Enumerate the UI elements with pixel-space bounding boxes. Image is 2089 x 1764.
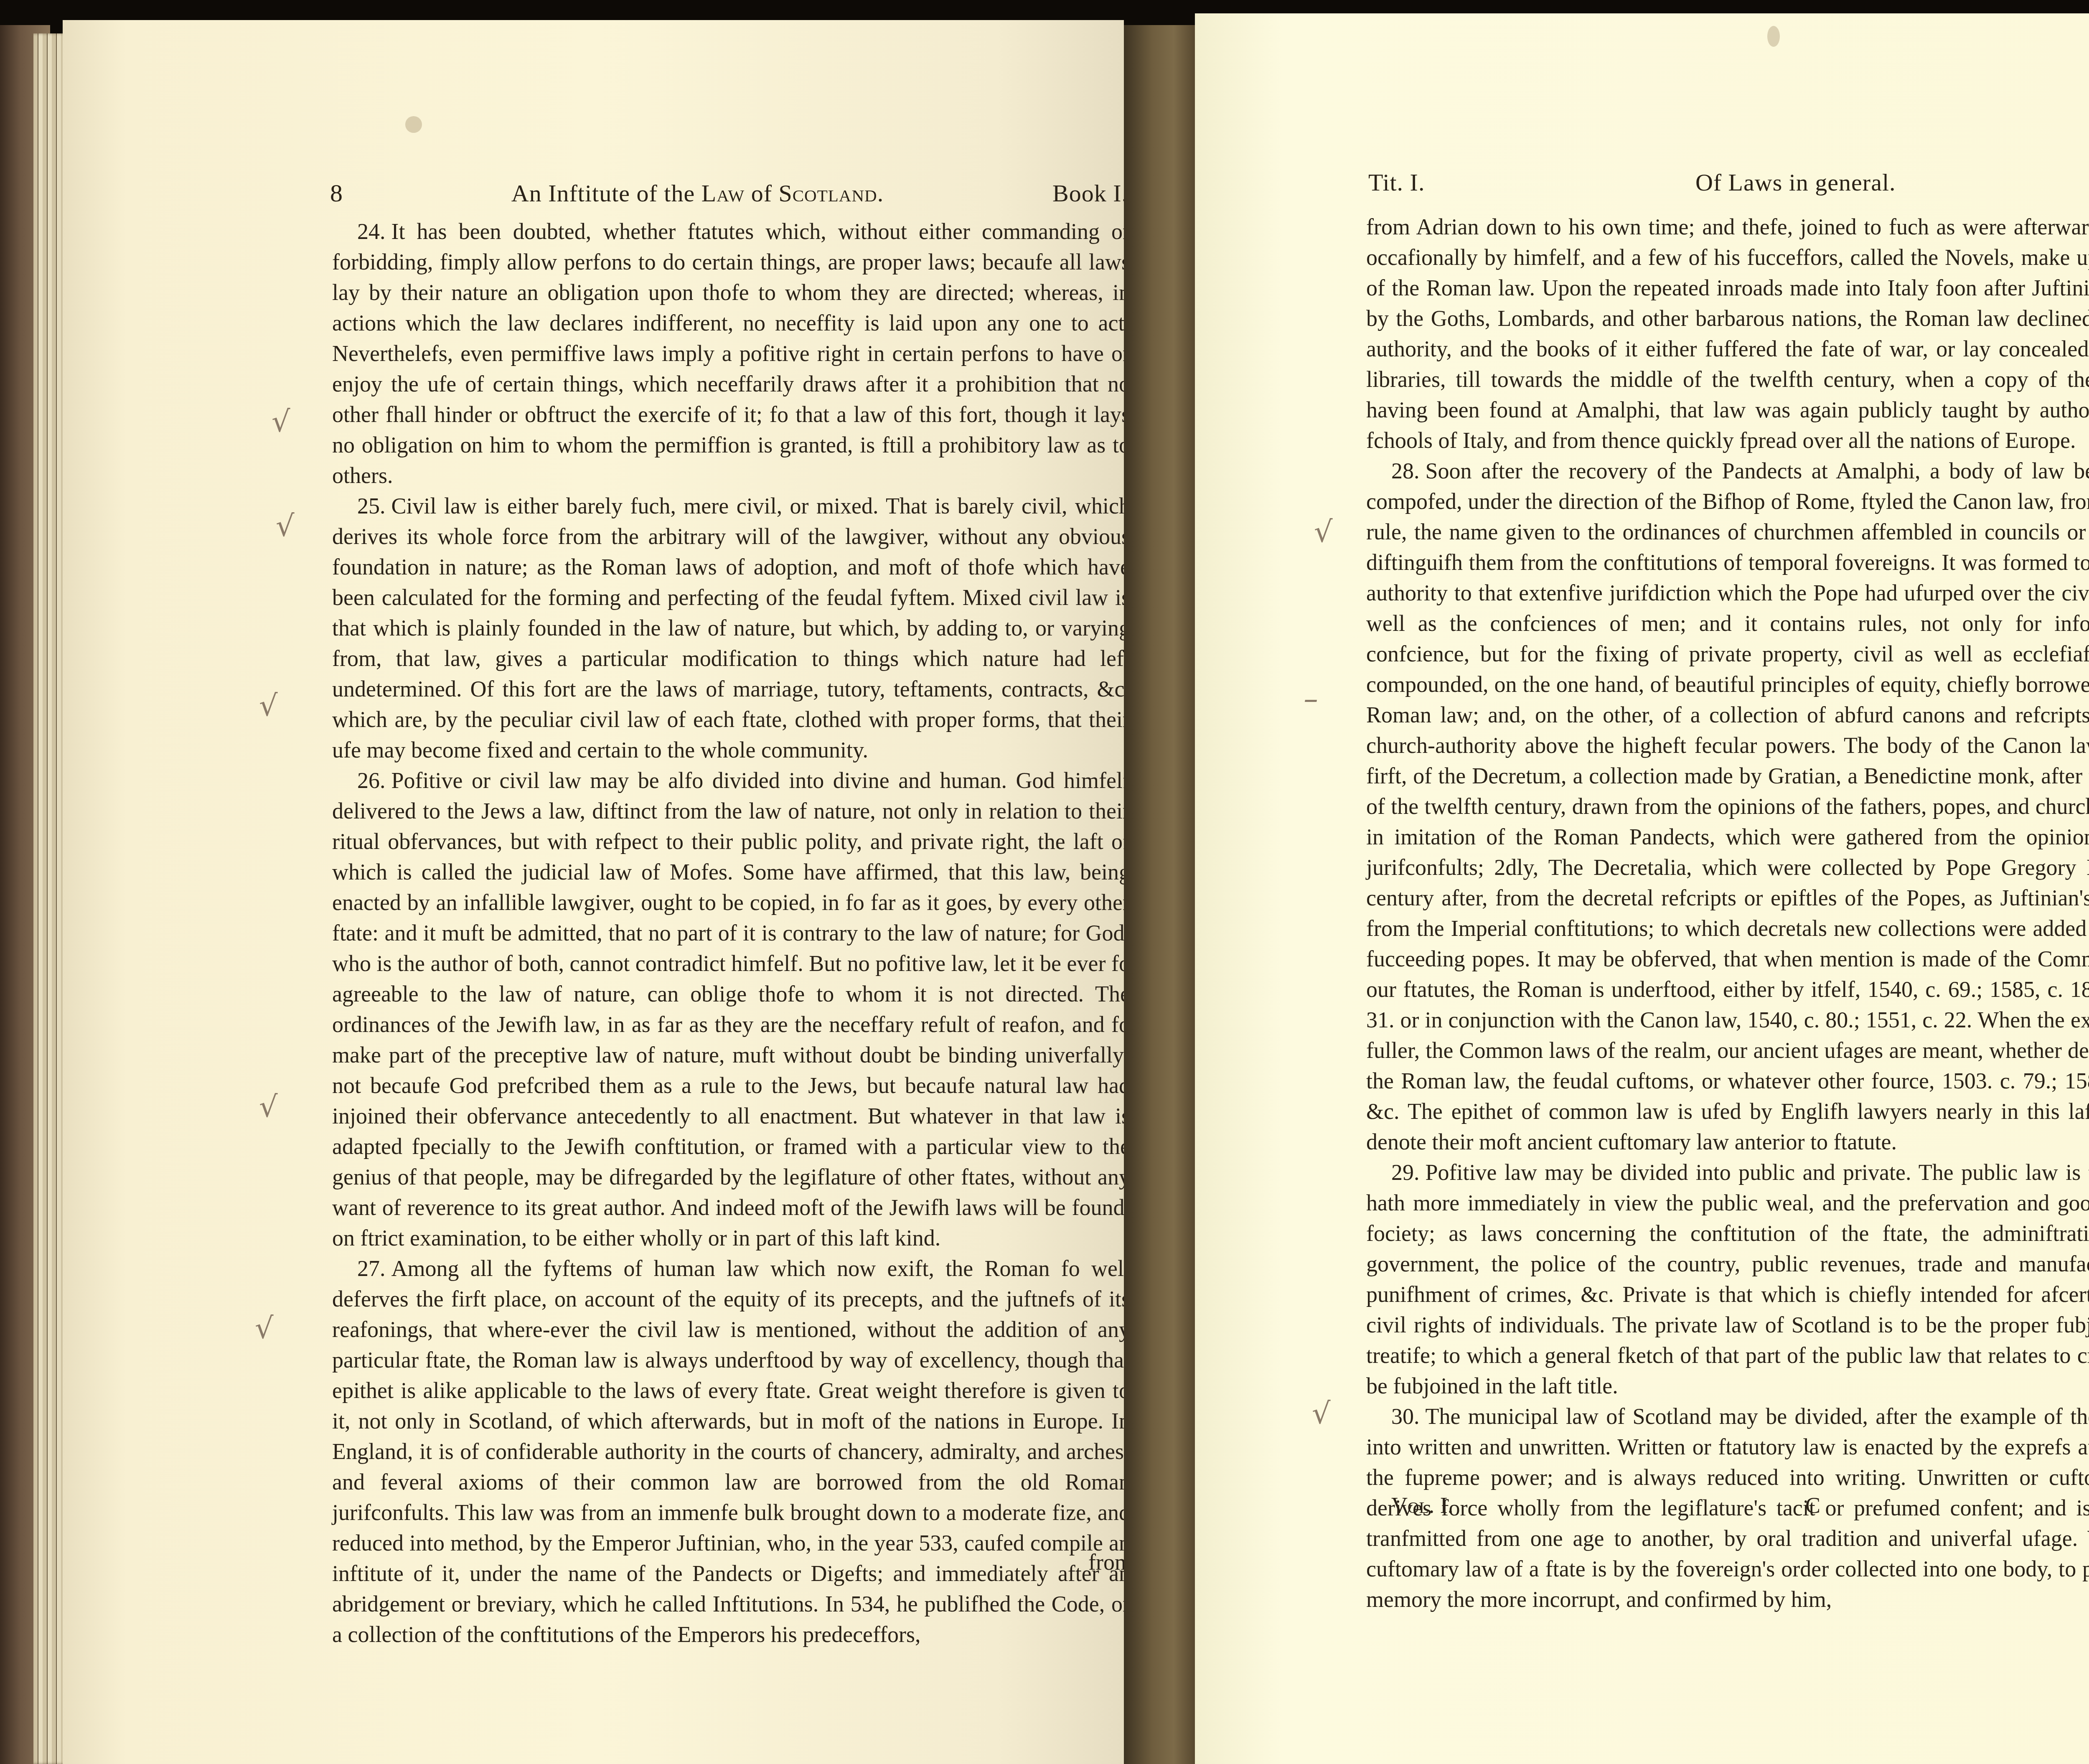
pencil-check-mark: √ [272,404,290,439]
section-label: Tit. I. [1368,168,1425,196]
running-title-part: Scotland [779,180,877,207]
paragraph-text: Soon after the recovery of the Pandects … [1366,458,2089,1154]
running-title-part: Law [701,180,745,207]
paragraph-text: from Adrian down to his own time; and th… [1366,214,2089,453]
paragraph-29: 29.Pofitive law may be divided into publ… [1366,1157,2089,1401]
paragraph-text: Civil law is either barely fuch, mere ci… [332,493,1130,763]
paragraph-text: Pofitive or civil law may be alfo divide… [332,768,1130,1251]
pencil-check-mark: √ [1314,515,1333,549]
paragraph-number: 24. [357,219,386,244]
right-page: Tit. I. Of Laws in general. 9 from Adria… [1195,13,2089,1764]
paper-stain [405,116,422,133]
pencil-check-mark: √ [1312,1396,1331,1431]
left-page: 8 An Inftitute of the Law of Scotland. B… [63,20,1124,1764]
paragraph-27: 27.Among all the fyftems of human law wh… [332,1253,1130,1650]
left-running-head: 8 An Inftitute of the Law of Scotland. B… [330,179,1128,208]
right-signature-line: Vol. I. C it [1391,1492,2089,1518]
running-title-part: of [745,180,778,207]
paragraph-27-continued: from Adrian down to his own time; and th… [1366,212,2089,456]
paragraph-number: 29. [1391,1160,1420,1185]
running-title: Of Laws in general. [1695,168,1896,196]
paragraph-text: It has been doubted, whether ftatutes wh… [332,219,1130,488]
paragraph-text: Pofitive law may be divided into public … [1366,1160,2089,1398]
book-spread: 8 An Inftitute of the Law of Scotland. B… [0,0,2089,1764]
left-catchword-line: from [1065,1549,1132,1575]
pencil-check-mark: √ [255,1311,274,1345]
pencil-dash-mark: – [1304,682,1318,716]
paragraph-25: 25.Civil law is either barely fuch, mere… [332,491,1130,765]
paragraph-26: 26.Pofitive or civil law may be alfo div… [332,765,1130,1253]
paragraph-number: 25. [357,493,386,519]
paragraph-28: 28.Soon after the recovery of the Pandec… [1366,456,2089,1157]
right-running-head: Tit. I. Of Laws in general. 9 [1368,168,2089,197]
signature-letter: C [1805,1492,1820,1518]
pencil-check-mark: √ [259,689,278,723]
section-label: Book I. [1052,179,1128,207]
signature-mark: Vol. I. [1391,1492,1453,1518]
paragraph-number: 28. [1391,458,1420,483]
paragraph-number: 26. [357,768,386,793]
pencil-check-mark: √ [259,1090,278,1124]
pencil-check-mark: √ [276,509,295,543]
paragraph-text: Among all the fyftems of human law which… [332,1256,1130,1647]
paragraph-number: 27. [357,1256,386,1281]
running-title-part: An Inftitute of the [511,180,701,207]
running-title-part: . [877,180,884,207]
paper-stain [1767,26,1780,47]
paragraph-number: 30. [1391,1404,1420,1429]
paragraph-24: 24.It has been doubted, whether ftatutes… [332,216,1130,491]
page-number: 8 [330,179,343,208]
right-text-block: from Adrian down to his own time; and th… [1366,212,2089,1615]
book-gutter-shadow [1124,25,1195,1764]
left-text-block: 24.It has been doubted, whether ftatutes… [332,216,1130,1650]
running-title: An Inftitute of the Law of Scotland. [511,179,884,207]
